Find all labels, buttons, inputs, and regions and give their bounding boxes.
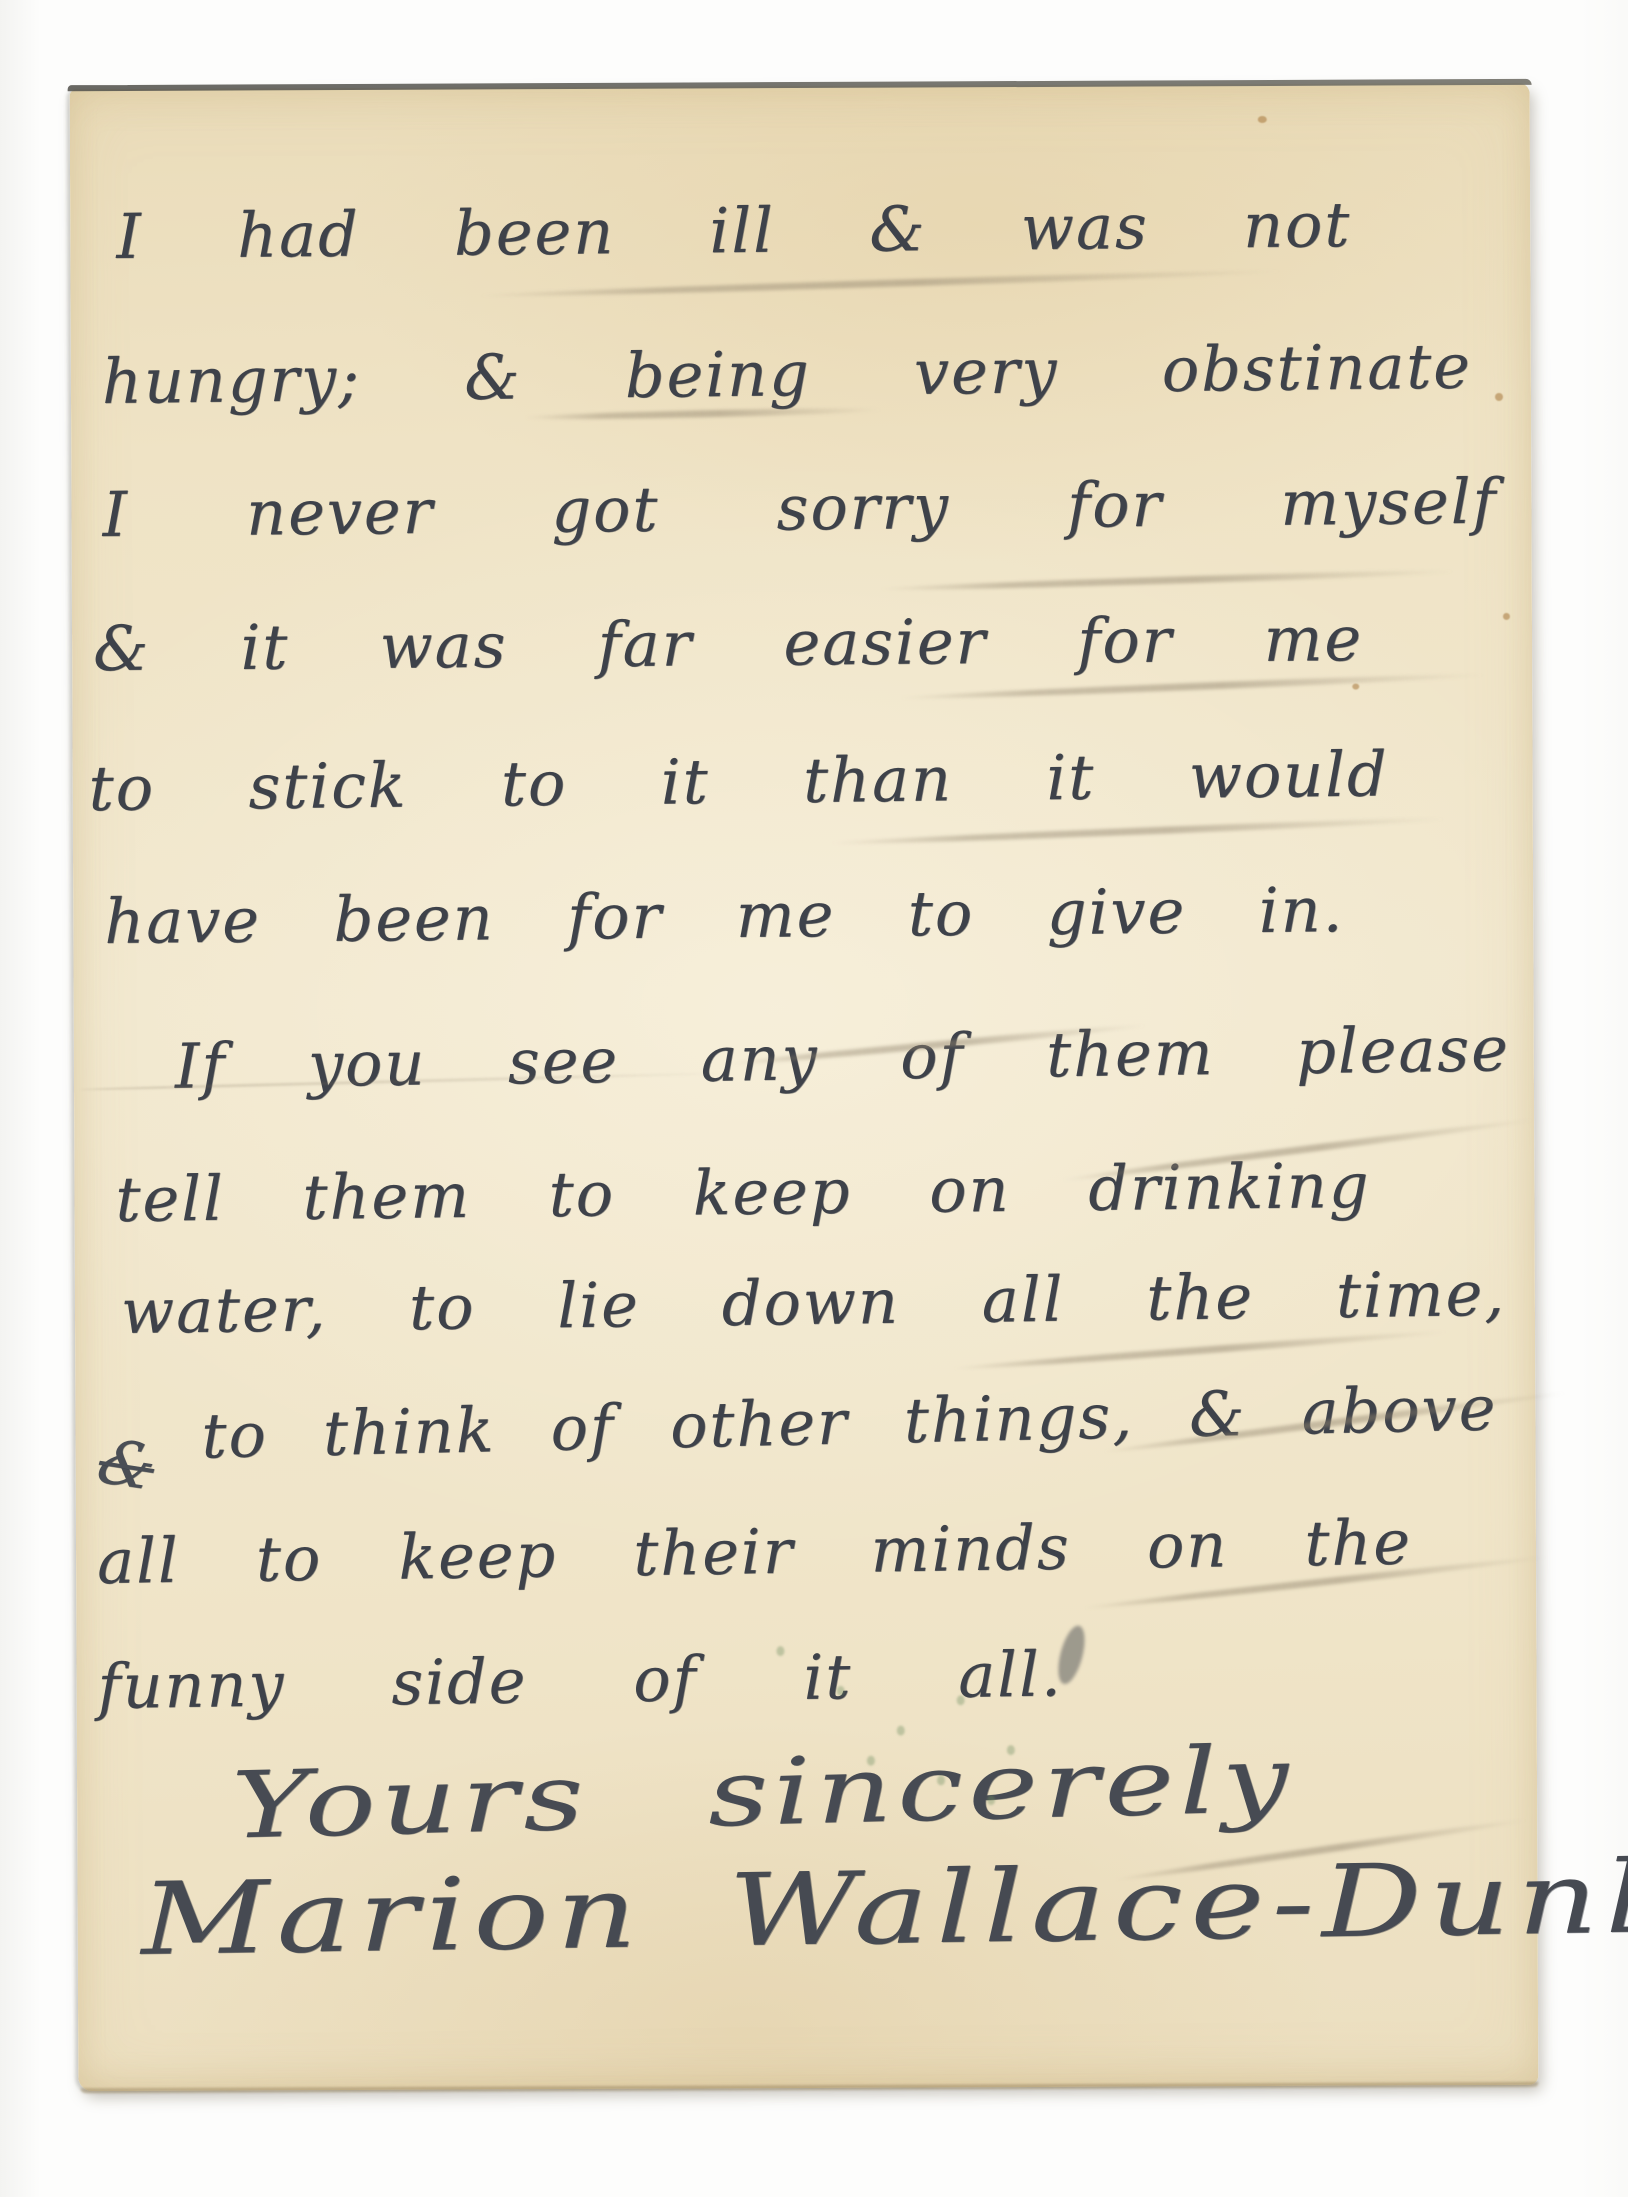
stain-speck [776,1646,784,1656]
pencil-smudge [476,268,1286,300]
letter-line-8: tell them to keep on drinking [115,1147,1371,1239]
letter-line-12: funny side of it all. [97,1635,1063,1725]
letter-line-1: I had been ill & was not [116,186,1352,275]
struck-out-ampersand: & [89,1425,165,1504]
stain-speck [957,1695,965,1705]
stain-speck [1007,1745,1015,1755]
letter-line-11: all to keep their minds on the [96,1504,1412,1601]
foxing-spot [1352,684,1359,690]
foxing-spot [1258,116,1267,123]
stain-speck [897,1726,905,1736]
stain-speck [987,1795,995,1805]
letter-line-7: If you see any of them please [174,1010,1510,1105]
stain-speck [837,1686,845,1696]
letter-closing: Yours sincerely [231,1726,1295,1860]
scan-background: I had been ill & was not hungry; & being… [0,0,1628,2197]
letter-line-6: have been for me to give in. [104,871,1345,960]
pencil-smudge [829,816,1449,847]
foxing-spot [1503,613,1510,620]
letter-line-9: water, to lie down all the time, [120,1255,1506,1351]
letter-line-5: to stick to it than it would [88,735,1389,827]
letter-line-4: & it was far easier for me [93,600,1364,687]
letter-line-2: hungry; & being very obstinate [101,328,1472,421]
stain-speck [937,1775,945,1785]
letter-paper: I had been ill & was not hungry; & being… [70,83,1539,2091]
pencil-smudge [878,568,1458,593]
letter-signature: Marion Wallace-Dunlop [140,1836,1628,1978]
stain-speck [867,1756,875,1766]
letter-line-3: I never got sorry for myself [102,463,1498,554]
foxing-spot [1495,393,1503,401]
